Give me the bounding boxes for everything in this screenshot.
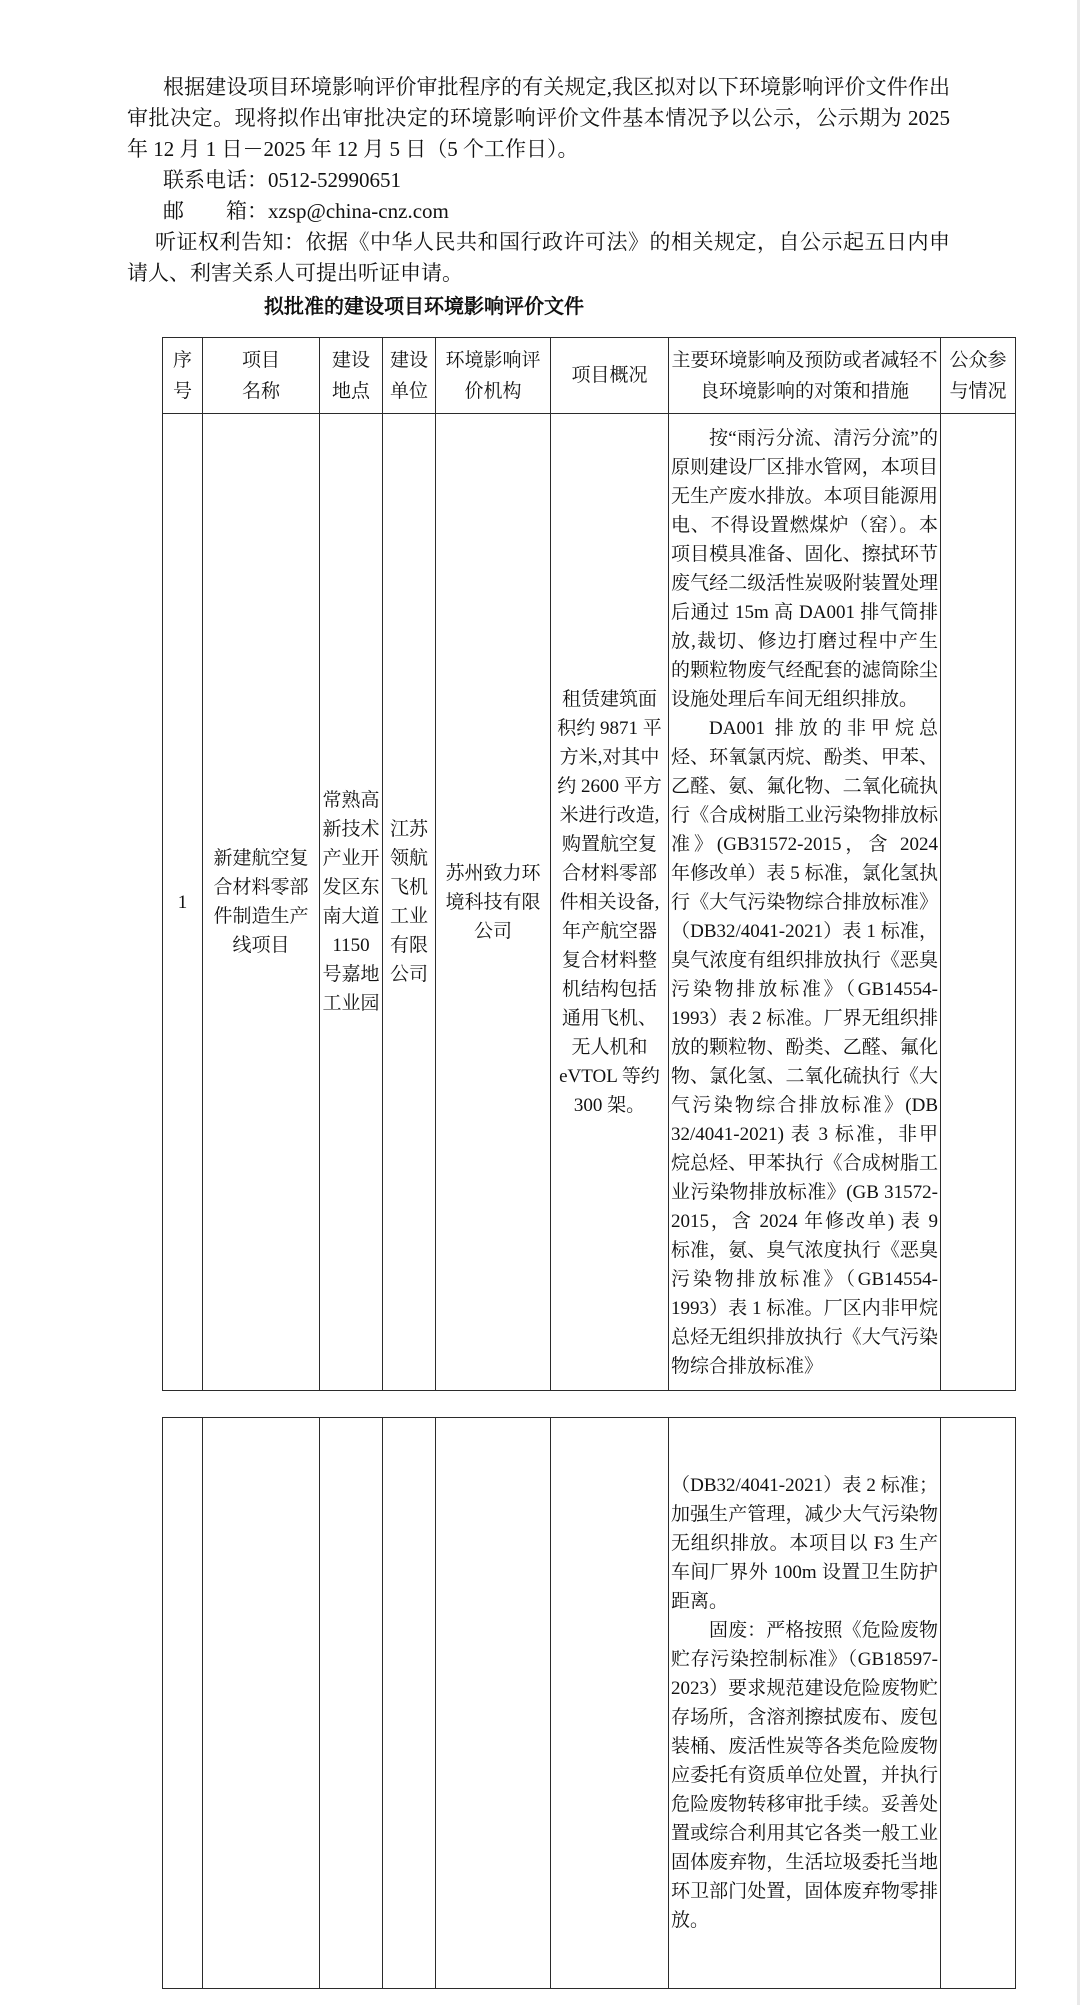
cell-public-participation xyxy=(941,414,1016,1391)
cell-builder-continued xyxy=(383,1418,436,1989)
table-title: 拟批准的建设项目环境影响评价文件 xyxy=(0,292,848,322)
impact-continued-paragraph-1: （DB32/4041-2021）表 2 标准；加强生产管理，减少大气污染物无组织… xyxy=(671,1471,938,1616)
contact-email-value: xzsp@china-cnz.com xyxy=(268,199,449,223)
cell-impact: 按“雨污分流、清污分流”的原则建设厂区排水管网，本项目无生产废水排放。本项目能源… xyxy=(669,414,941,1391)
contact-email-line: 邮 箱：xzsp@china-cnz.com xyxy=(127,196,950,227)
intro-paragraph: 根据建设项目环境影响评价审批程序的有关规定,我区拟对以下环境影响评价文件作出审批… xyxy=(127,72,950,165)
header-cell-builder: 建设 单位 xyxy=(383,338,436,414)
approval-table-continuation: （DB32/4041-2021）表 2 标准；加强生产管理，减少大气污染物无组织… xyxy=(162,1417,1016,1989)
contact-phone-label: 联系电话： xyxy=(163,168,268,192)
contact-phone-value: 0512-52990651 xyxy=(268,168,401,192)
impact-paragraph-1: 按“雨污分流、清污分流”的原则建设厂区排水管网，本项目无生产废水排放。本项目能源… xyxy=(671,424,938,714)
approval-table: 序号 项目 名称 建设 地点 建设 单位 环境影响评 价机构 项目概况 主要环境… xyxy=(162,337,1016,1391)
continuation-row: （DB32/4041-2021）表 2 标准；加强生产管理，减少大气污染物无组织… xyxy=(163,1418,1016,1989)
intro-block: 根据建设项目环境影响评价审批程序的有关规定,我区拟对以下环境影响评价文件作出审批… xyxy=(127,72,950,289)
hearing-rights-notice: 听证权利告知：依据《中华人民共和国行政许可法》的相关规定，自公示起五日内申请人、… xyxy=(127,227,950,289)
header-cell-overview: 项目概况 xyxy=(551,338,669,414)
header-cell-location: 建设 地点 xyxy=(320,338,383,414)
impact-continued-paragraph-2: 固废：严格按照《危险废物贮存污染控制标准》（GB18597-2023）要求规范建… xyxy=(671,1616,938,1935)
cell-project-name: 新建航空复合材料零部件制造生产线项目 xyxy=(203,414,320,1391)
table-row: 1 新建航空复合材料零部件制造生产线项目 常熟高新技术产业开发区东南大道 115… xyxy=(163,414,1016,1391)
cell-public-participation-continued xyxy=(941,1418,1016,1989)
cell-seq-continued xyxy=(163,1418,203,1989)
cell-location-continued xyxy=(320,1418,383,1989)
header-cell-public-participation: 公众参 与情况 xyxy=(941,338,1016,414)
cell-eia-agency: 苏州致力环境科技有限公司 xyxy=(436,414,551,1391)
notice-document: 根据建设项目环境影响评价审批程序的有关规定,我区拟对以下环境影响评价文件作出审批… xyxy=(0,0,1080,2005)
cell-eia-agency-continued xyxy=(436,1418,551,1989)
cell-overview-continued xyxy=(551,1418,669,1989)
header-cell-impact: 主要环境影响及预防或者减轻不 良环境影响的对策和措施 xyxy=(669,338,941,414)
table-header-row: 序号 项目 名称 建设 地点 建设 单位 环境影响评 价机构 项目概况 主要环境… xyxy=(163,338,1016,414)
impact-paragraph-2: DA001 排放的非甲烷总烃、环氧氯丙烷、酚类、甲苯、乙醛、氨、氟化物、二氧化硫… xyxy=(671,714,938,1381)
contact-email-label: 邮 箱： xyxy=(163,199,268,223)
cell-project-name-continued xyxy=(203,1418,320,1989)
cell-seq: 1 xyxy=(163,414,203,1391)
header-cell-seq: 序号 xyxy=(163,338,203,414)
cell-impact-continued: （DB32/4041-2021）表 2 标准；加强生产管理，减少大气污染物无组织… xyxy=(669,1418,941,1989)
cell-location: 常熟高新技术产业开发区东南大道 1150 号嘉地工业园 xyxy=(320,414,383,1391)
contact-phone-line: 联系电话：0512-52990651 xyxy=(127,165,950,196)
cell-overview: 租赁建筑面积约 9871 平方米,对其中约 2600 平方米进行改造,购置航空复… xyxy=(551,414,669,1391)
header-cell-project-name: 项目 名称 xyxy=(203,338,320,414)
header-cell-eia-agency: 环境影响评 价机构 xyxy=(436,338,551,414)
cell-builder: 江苏领航飞机工业有限公司 xyxy=(383,414,436,1391)
